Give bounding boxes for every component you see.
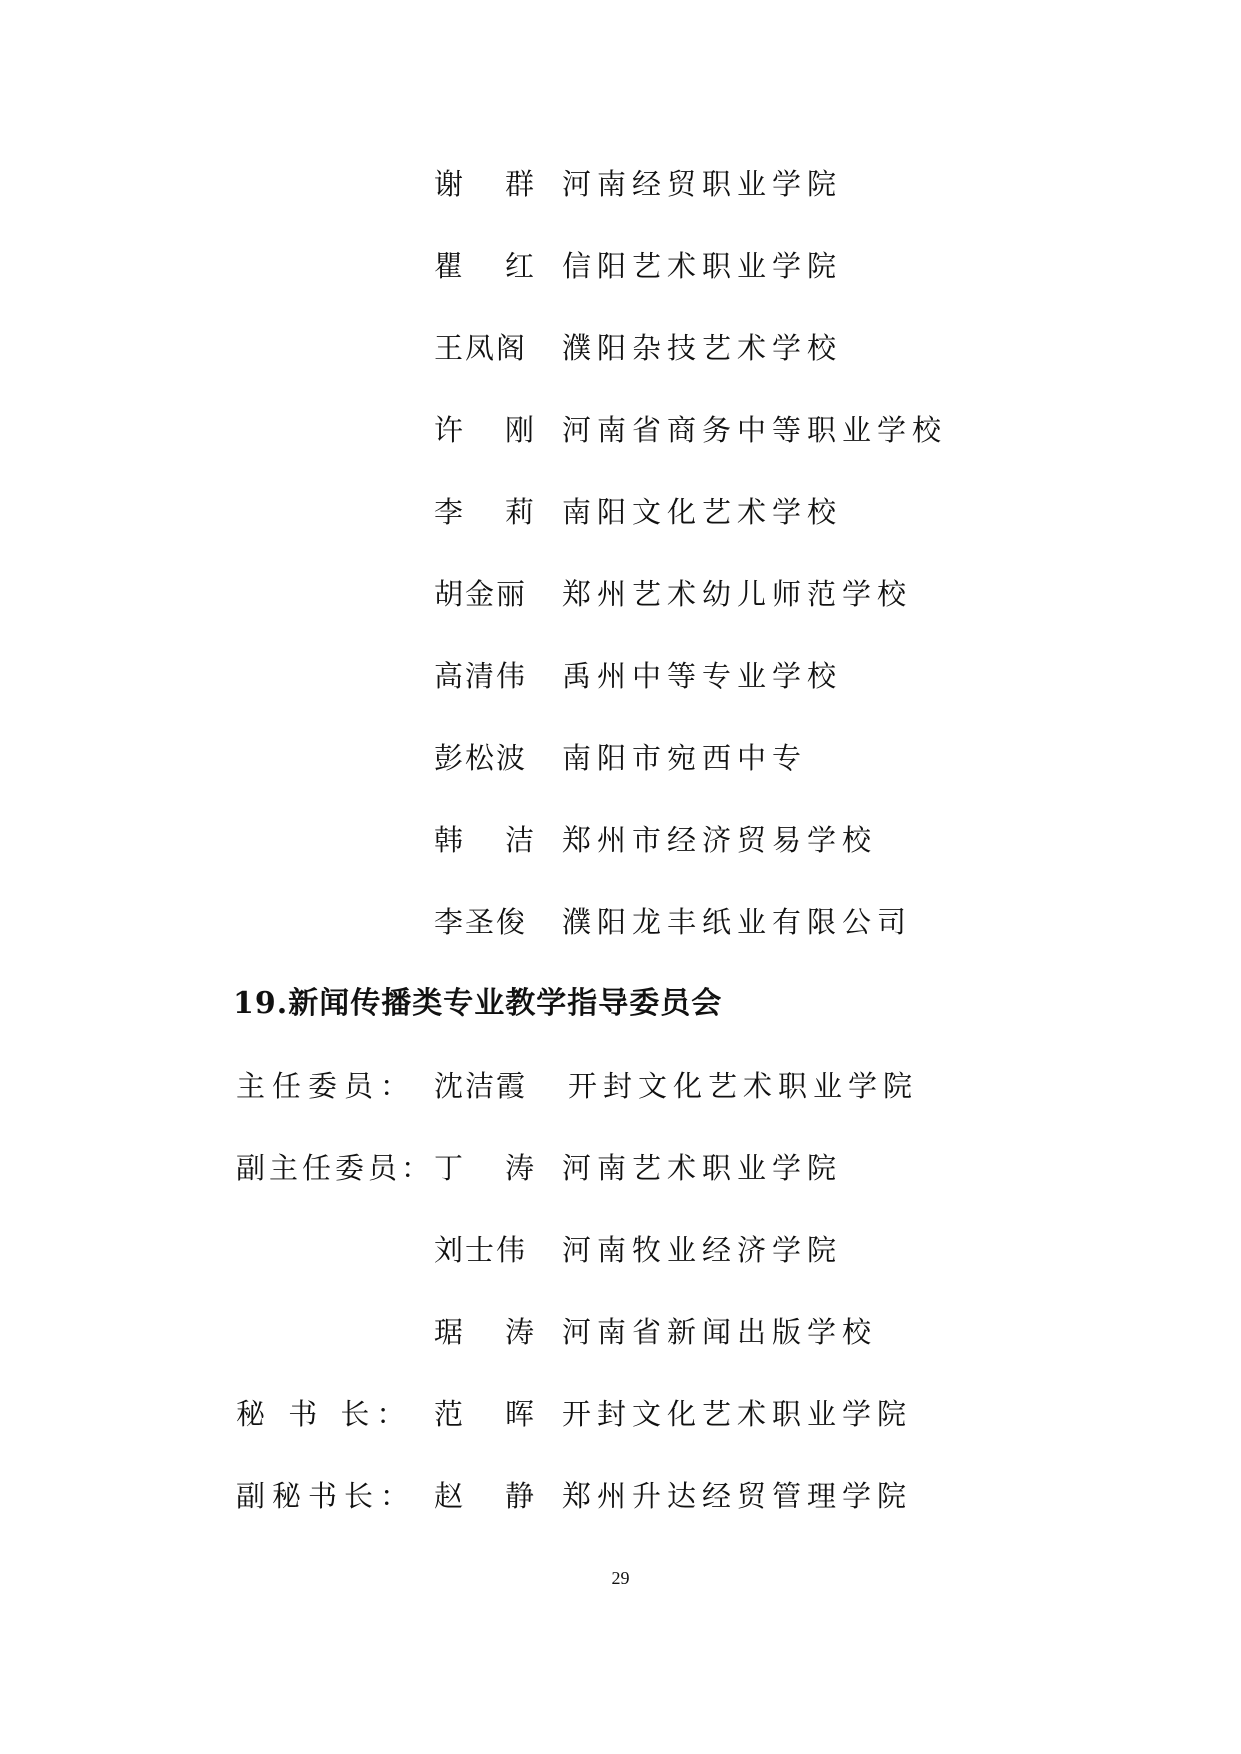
member-org: 河南经贸职业学院: [562, 164, 842, 204]
page-number: 29: [0, 1568, 1241, 1589]
role-label: 主任委员：: [236, 1066, 416, 1106]
member-name: 高清伟: [434, 656, 534, 696]
member-org: 郑州艺术幼儿师范学校: [562, 574, 912, 614]
role-label: 秘 书 长：: [236, 1394, 412, 1434]
member-org: 南阳市宛西中专: [562, 738, 807, 778]
member-org: 开封文化艺术职业学院: [562, 1394, 912, 1434]
member-name: 赵静: [434, 1476, 534, 1516]
member-org: 濮阳龙丰纸业有限公司: [562, 902, 912, 942]
member-name: 谢群: [434, 164, 534, 204]
member-name: 琚涛: [434, 1312, 534, 1352]
member-name: 李莉: [434, 492, 534, 532]
member-name: 许刚: [434, 410, 534, 450]
member-org: 禹州中等专业学校: [562, 656, 842, 696]
role-label: 副秘书长：: [236, 1476, 416, 1516]
member-org: 南阳文化艺术学校: [562, 492, 842, 532]
member-org: 河南省新闻出版学校: [562, 1312, 877, 1352]
member-name: 瞿红: [434, 246, 534, 286]
member-org: 濮阳杂技艺术学校: [562, 328, 842, 368]
member-name: 丁涛: [434, 1148, 534, 1188]
member-org: 河南牧业经济学院: [562, 1230, 842, 1270]
member-name: 王凤阁: [434, 328, 534, 368]
member-name: 沈洁霞: [434, 1066, 534, 1106]
member-org: 开封文化艺术职业学院: [568, 1066, 918, 1106]
member-org: 河南艺术职业学院: [562, 1148, 842, 1188]
member-name: 范晖: [434, 1394, 534, 1434]
member-org: 郑州市经济贸易学校: [562, 820, 877, 860]
member-org: 河南省商务中等职业学校: [562, 410, 947, 450]
role-label: 副主任委员：: [236, 1148, 434, 1188]
member-name: 刘士伟: [434, 1230, 534, 1270]
member-name: 李圣俊: [434, 902, 534, 942]
member-org: 郑州升达经贸管理学院: [562, 1476, 912, 1516]
member-name: 胡金丽: [434, 574, 534, 614]
member-name: 韩洁: [434, 820, 534, 860]
section-title: 19.新闻传播类专业教学指导委员会: [233, 984, 722, 1024]
member-org: 信阳艺术职业学院: [562, 246, 842, 286]
member-name: 彭松波: [434, 738, 534, 778]
